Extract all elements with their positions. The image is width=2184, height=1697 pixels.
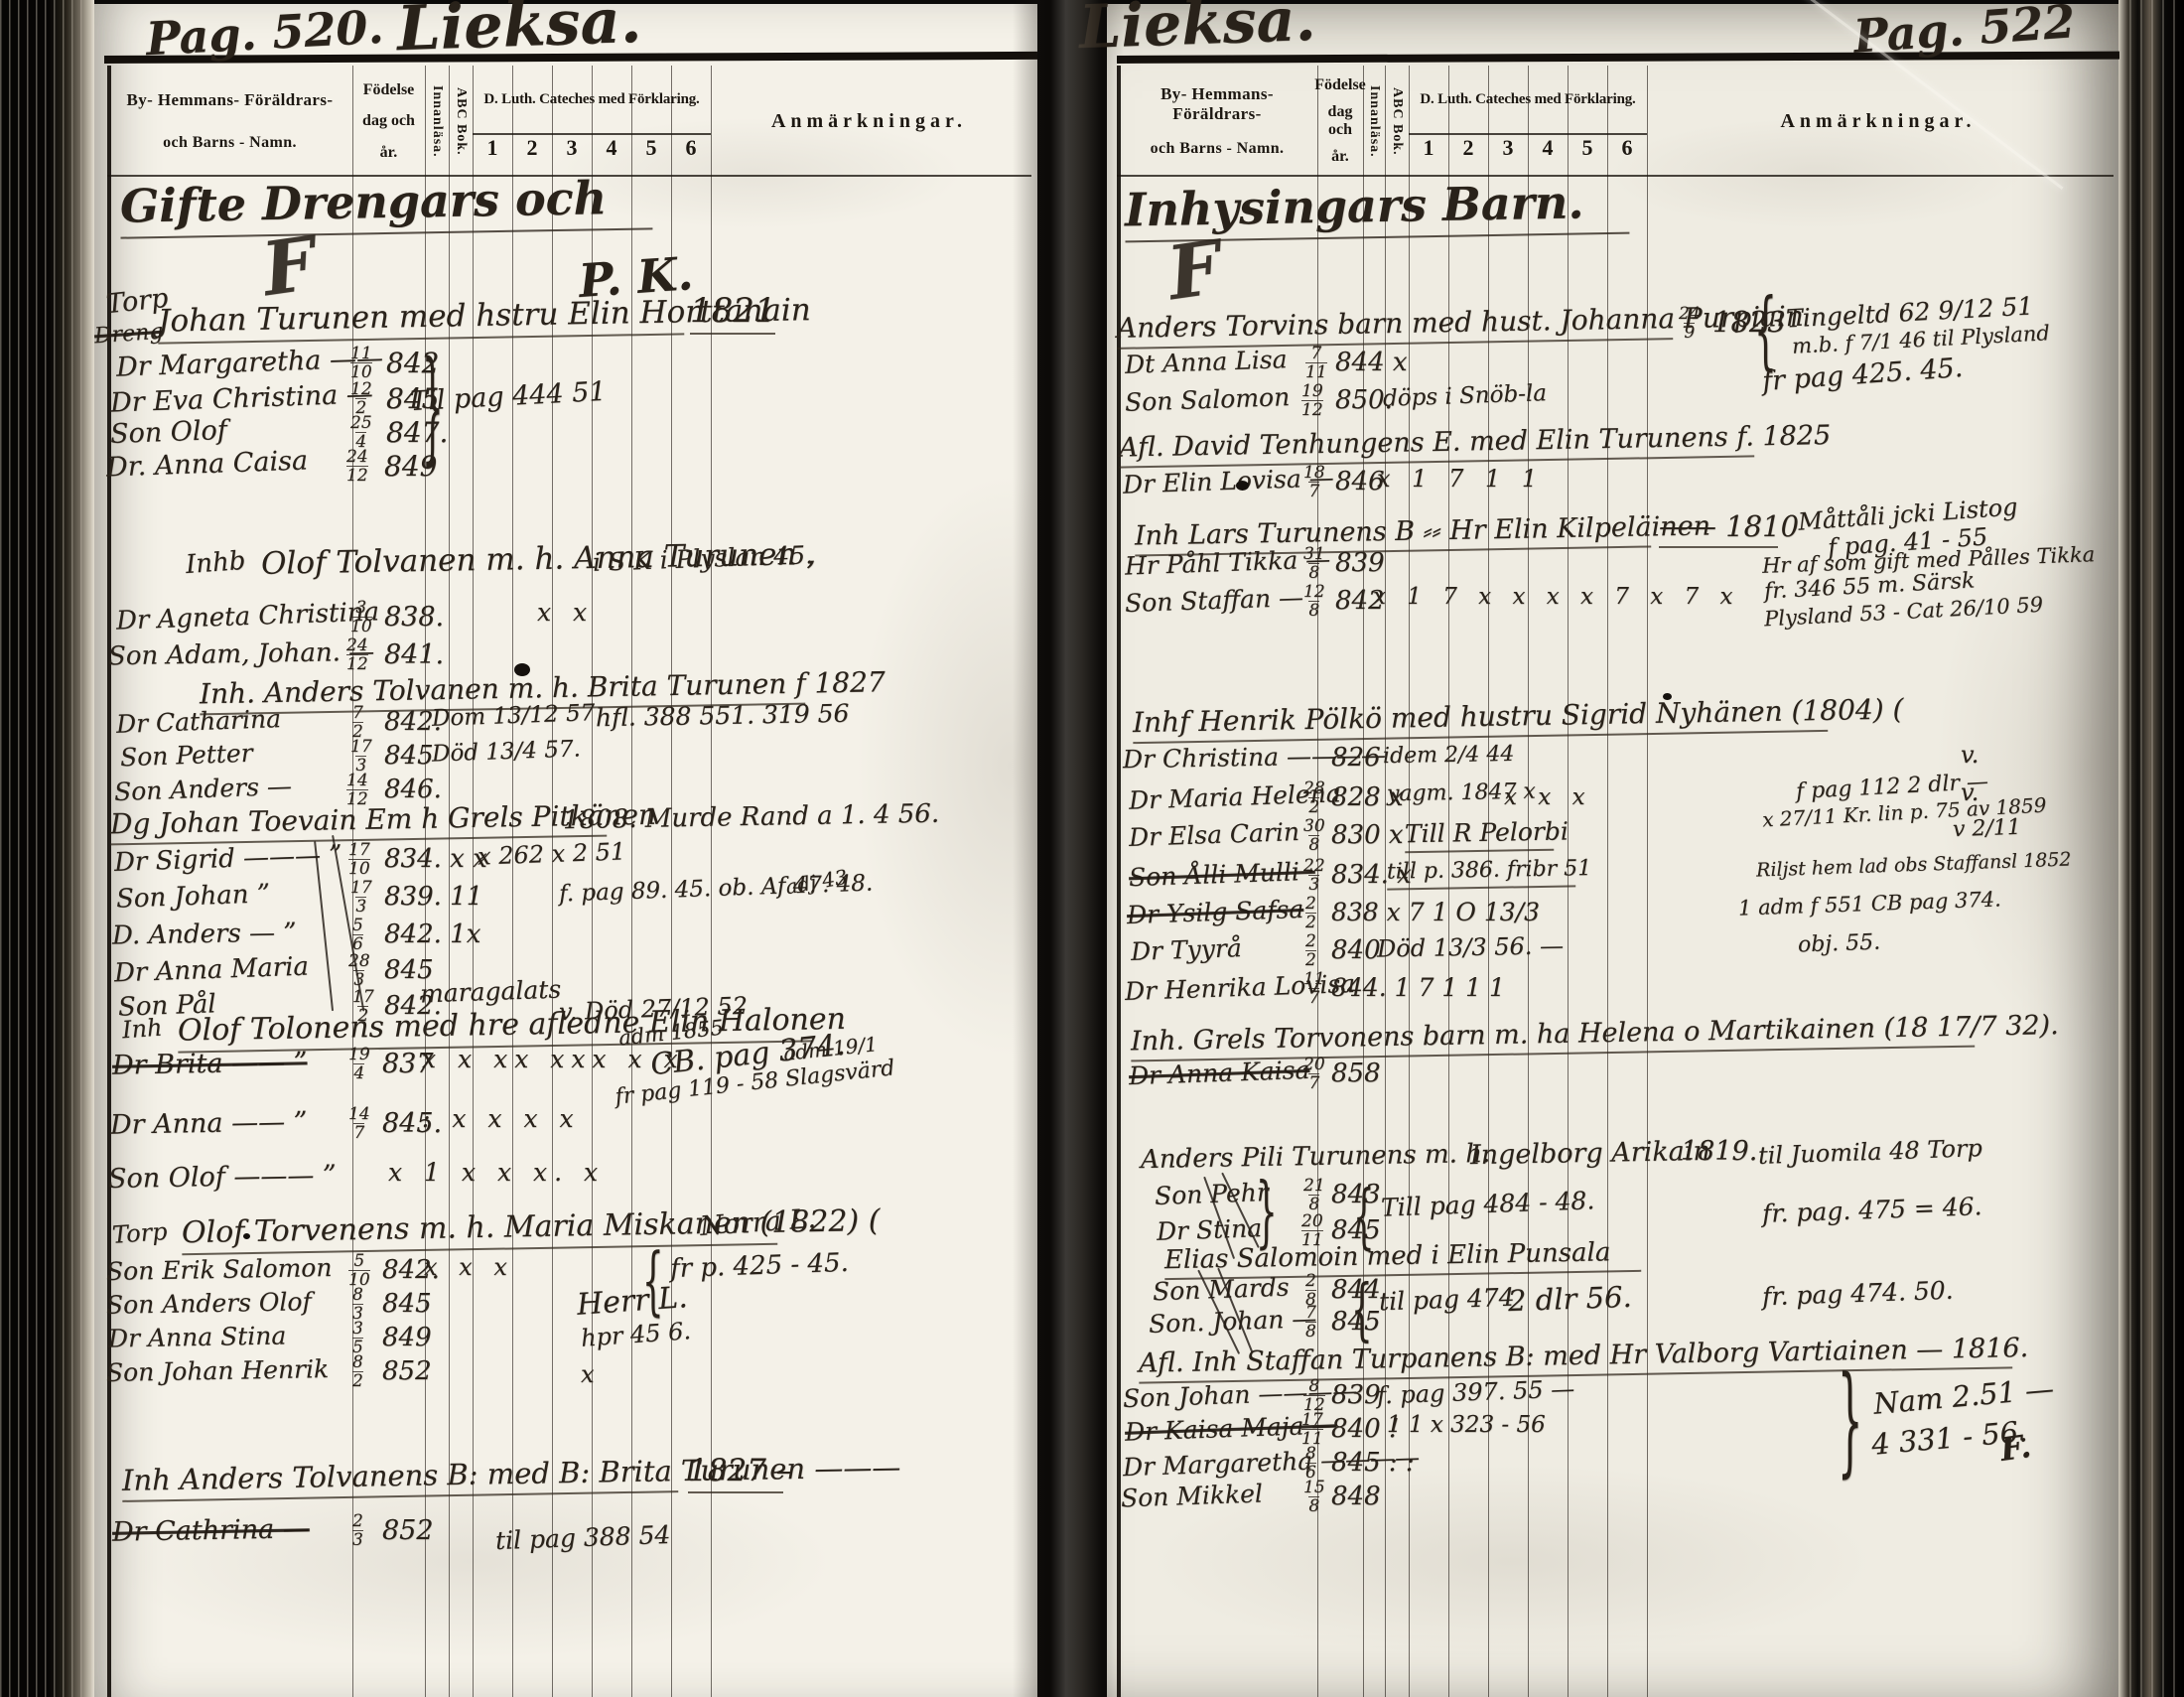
handwritten-entry: Anders Torvins barn med hust. Johanna Pu… bbox=[1117, 305, 1674, 350]
handwritten-entry: 838 x 7 1 O 13/3 bbox=[1331, 900, 1540, 924]
column-header-reading: Innanläsa. bbox=[425, 68, 449, 175]
handwritten-mark: x 1 x x x. x bbox=[388, 1160, 605, 1185]
handwritten-entry: 842. 1x bbox=[384, 921, 480, 947]
handwritten-mark: x x x bbox=[1504, 786, 1592, 809]
cateches-col-number: 1 bbox=[1409, 135, 1448, 175]
handwritten-entry: Hr Påhl Tikka — bbox=[1125, 546, 1331, 578]
handwritten-date: 173 bbox=[350, 739, 372, 775]
handwritten-entry: Afl. Inh Staffan Turpanens B: med Hr Val… bbox=[1139, 1335, 2012, 1383]
handwritten-entry: Dr Tyyrå bbox=[1131, 935, 1243, 964]
handwritten-mark: x x bbox=[537, 600, 594, 625]
handwritten-mark: x x xx xxx x x bbox=[422, 1047, 685, 1071]
handwritten-entry: 852 bbox=[382, 1358, 432, 1384]
column-header-catechism: D. Luth. Cateches med Förklaring. bbox=[1409, 68, 1647, 131]
handwritten-entry: Inh. Grels Torvonens barn m. ha Helena o… bbox=[1131, 1014, 1975, 1062]
handwritten-entry: i S K i Plyslan 45. bbox=[593, 542, 814, 575]
handwritten-date: 310 bbox=[350, 600, 372, 636]
handwritten-entry: 839 bbox=[1335, 550, 1385, 576]
handwritten-date: 147 bbox=[348, 1106, 370, 1142]
column-header-names-line1: By- Hemmans- Föräldrars- bbox=[127, 90, 334, 110]
handwritten-date: 2412 bbox=[346, 637, 368, 673]
handwritten-entry: 849 bbox=[384, 453, 437, 481]
handwritten-entry: Son. Johan — bbox=[1149, 1306, 1317, 1337]
handwritten-entry: Dr Catharina bbox=[116, 706, 282, 737]
handwritten-entry: 844 x bbox=[1335, 350, 1408, 375]
handwritten-entry: hfl. 388 551. 319 56 bbox=[596, 701, 850, 730]
handwritten-entry: Inh bbox=[121, 1016, 163, 1043]
handwritten-date: 122 bbox=[350, 381, 372, 417]
handwritten-entry: Dr. Anna Caisa bbox=[106, 447, 309, 481]
book-scan: Pag. 520. Lieksa. By- Hemmans- Föräldrar… bbox=[0, 0, 2184, 1697]
handwritten-entry: obj. 55. bbox=[1798, 932, 1881, 957]
flourish-right: F bbox=[1163, 231, 1225, 312]
handwritten-entry: 846. bbox=[384, 777, 442, 802]
handwritten-date: 218 bbox=[1303, 1178, 1325, 1213]
handwritten-entry: Nam 2.51 — bbox=[1872, 1374, 2055, 1419]
handwritten-entry: fr p. 425 - 45. bbox=[670, 1250, 850, 1282]
table-header-bottom-rule bbox=[1117, 175, 2114, 177]
cateches-col-number: 5 bbox=[631, 135, 671, 175]
handwritten-date: 82 bbox=[352, 1354, 363, 1390]
handwritten-entry: fr pag 425. 45. bbox=[1761, 354, 1964, 395]
handwritten-date: 78 bbox=[1305, 1305, 1316, 1341]
handwritten-date: 1912 bbox=[1301, 383, 1323, 419]
handwritten-date: 254 bbox=[350, 415, 372, 451]
column-header-names: By- Hemmans- Föräldrars- och Barns - Nam… bbox=[107, 68, 352, 175]
handwritten-entry: Dreng bbox=[93, 322, 164, 349]
handwritten-entry: Till R Pelorbi bbox=[1405, 819, 1555, 854]
handwritten-entry: 848 bbox=[1331, 1484, 1381, 1509]
column-header-catechism: D. Luth. Cateches med Förklaring. bbox=[473, 68, 711, 131]
column-header-birthdate: Födelse dag och år. bbox=[1317, 68, 1363, 175]
handwritten-date: 812 bbox=[1303, 1378, 1325, 1414]
handwritten-date: 23 bbox=[352, 1513, 363, 1549]
book-edge-right bbox=[2118, 0, 2184, 1697]
cateches-col-number: 2 bbox=[512, 135, 552, 175]
ink-blot bbox=[243, 1233, 250, 1239]
handwritten-entry: 849 bbox=[382, 1325, 432, 1350]
handwritten-entry: Till pag 484 - 48. bbox=[1381, 1188, 1595, 1219]
handwritten-entry: Anders Pili Turunens m. h. bbox=[1141, 1141, 1491, 1173]
ink-blot bbox=[514, 663, 530, 676]
handwritten-entry: Inhb bbox=[185, 548, 246, 578]
handwritten-entry: Son Johan Henrik bbox=[106, 1356, 330, 1385]
handwritten-entry: Son Staffan — bbox=[1125, 585, 1304, 616]
column-header-remarks: Anmärkningar. bbox=[711, 68, 1027, 175]
handwritten-entry: Dom 13/12 57 bbox=[432, 702, 596, 731]
handwritten-entry: Son Johan ” bbox=[116, 881, 271, 912]
handwritten-entry: Son Anders — bbox=[114, 774, 293, 804]
ink-blot bbox=[1236, 481, 1249, 491]
handwritten-entry: Dr Ysilg Safsa bbox=[1127, 897, 1304, 927]
handwritten-mark: x x x bbox=[424, 1255, 514, 1279]
handwritten-mark: x 1 7 1 1 bbox=[1377, 467, 1544, 491]
handwritten-date: 207 bbox=[1303, 1057, 1325, 1092]
handwritten-entry: Inh Anders Tolvanens B: med B: Brita Tur… bbox=[122, 1457, 679, 1502]
book-spine-left-edge bbox=[0, 0, 94, 1697]
handwritten-entry: Herr L. bbox=[576, 1283, 688, 1321]
column-header-abc-book: ABC Bok. bbox=[449, 68, 473, 175]
handwritten-date: 318 bbox=[1303, 546, 1325, 582]
handwritten-entry: F. bbox=[1998, 1430, 2033, 1466]
flourish-left: F bbox=[258, 227, 320, 308]
cateches-col-number: 4 bbox=[592, 135, 631, 175]
handwritten-entry: Inhf Henrik Pölkö med hustru Sigrid Nyhä… bbox=[1133, 697, 1829, 744]
handwritten-date: 711 bbox=[1305, 346, 1327, 381]
handwritten-entry: { bbox=[1351, 1277, 1373, 1344]
page-number-right: Pag. 522 bbox=[1852, 0, 2077, 60]
handwritten-entry: fr. pag. 475 = 46. bbox=[1762, 1194, 1982, 1226]
handwritten-mark: : x x x x bbox=[422, 1106, 581, 1131]
cateches-column-numbers: 123456 bbox=[1409, 135, 1647, 175]
handwritten-entry: Son Olof ——— ” bbox=[108, 1162, 337, 1193]
handwritten-entry: 845 : : bbox=[1331, 1450, 1415, 1476]
handwritten-entry: Afl. David Tenhungens E. med Elin Turune… bbox=[1119, 423, 1754, 468]
handwritten-entry: Son Salomon bbox=[1125, 384, 1291, 415]
ink-blot bbox=[1663, 693, 1672, 700]
handwritten-entry: Död 13/3 56. — bbox=[1377, 933, 1564, 960]
handwritten-date: 1711 bbox=[1301, 1412, 1323, 1448]
handwritten-date: 158 bbox=[1303, 1480, 1325, 1515]
handwritten-entry: 2 dlr 56. bbox=[1508, 1283, 1633, 1316]
handwritten-entry: Dr Sigrid ——— ” bbox=[114, 842, 342, 876]
handwritten-entry: Dr Anna Stina bbox=[108, 1323, 287, 1350]
handwritten-entry: 1 adm f 551 CB pag 374. bbox=[1738, 889, 2001, 919]
handwritten-entry: Norra L. bbox=[699, 1205, 816, 1240]
handwritten-entry: 845 bbox=[384, 743, 434, 769]
handwritten-entry: 847. bbox=[386, 419, 448, 447]
column-header-names-line2: och Barns - Namn. bbox=[163, 134, 297, 152]
handwritten-entry: Dr Anna Kaisa bbox=[1129, 1058, 1310, 1088]
handwritten-date: 22 bbox=[1305, 933, 1316, 969]
handwritten-entry: Son Anders Olof bbox=[106, 1289, 312, 1318]
handwritten-date: 194 bbox=[348, 1047, 370, 1082]
handwritten-entry: 838. bbox=[384, 604, 444, 631]
handwritten-date: 249 bbox=[1679, 306, 1701, 342]
handwritten-entry: fr. pag 474. 50. bbox=[1762, 1278, 1954, 1310]
handwritten-date: 187 bbox=[1303, 465, 1325, 500]
handwritten-date: 282 bbox=[1303, 780, 1325, 816]
handwritten-date: 35 bbox=[352, 1321, 363, 1356]
left-page: Pag. 520. Lieksa. By- Hemmans- Föräldrar… bbox=[94, 4, 1037, 1697]
handwritten-entry: 840 bbox=[1331, 937, 1381, 963]
handwritten-entry: till p. 386. fribr 51 bbox=[1387, 858, 1575, 890]
handwritten-entry: Dt Anna Lisa bbox=[1125, 347, 1288, 377]
handwritten-entry: { bbox=[1754, 290, 1777, 375]
handwritten-entry: 1 1 x 323 - 56 bbox=[1387, 1414, 1546, 1437]
handwritten-entry: —— 1810 bbox=[1659, 512, 1778, 548]
handwritten-entry: Dr Agneta Christina bbox=[116, 599, 380, 634]
handwritten-date: 510 bbox=[348, 1253, 370, 1289]
handwritten-entry: x 262 x 2 51 bbox=[478, 839, 626, 868]
handwritten-entry: Dr Anna —— ” bbox=[110, 1108, 308, 1138]
handwritten-entry: v 2/11 bbox=[1953, 817, 2022, 841]
handwritten-entry: Dr Anna Maria bbox=[114, 954, 310, 987]
section-heading-left: Gifte Drengars och bbox=[120, 174, 653, 238]
handwritten-entry: Död 13/4 57. bbox=[432, 738, 582, 766]
handwritten-entry: 844. 1 7 1 1 1 bbox=[1331, 975, 1505, 1000]
handwritten-entry: v. bbox=[1961, 743, 1979, 767]
handwritten-entry: Dr Margaretha —— bbox=[116, 345, 384, 380]
handwritten-entry: idem 2/4 44 bbox=[1383, 744, 1515, 768]
handwritten-entry: Son Ålli Mulli · bbox=[1129, 859, 1316, 891]
cateches-col-number: 1 bbox=[473, 135, 512, 175]
handwritten-entry: 845 bbox=[382, 1291, 432, 1317]
handwritten-entry: Son Petter bbox=[120, 741, 253, 771]
page-title-left: Lieksa. bbox=[396, 0, 642, 60]
handwritten-entry: D. Anders — ” bbox=[112, 919, 297, 948]
cateches-col-number: 3 bbox=[552, 135, 592, 175]
handwritten-entry: } bbox=[1838, 1362, 1862, 1482]
handwritten-entry: döps i Snöb-la bbox=[1383, 382, 1548, 411]
handwritten-date: 56 bbox=[352, 918, 363, 953]
handwritten-entry: 839. 11 bbox=[384, 884, 482, 910]
handwritten-entry: Son Erik Salomon bbox=[106, 1255, 333, 1284]
handwritten-entry: Son Mikkel bbox=[1121, 1482, 1264, 1511]
handwritten-entry: x bbox=[581, 1362, 595, 1386]
handwritten-date: 173 bbox=[350, 880, 372, 916]
handwritten-entry: Olof Torvenens m. h. Maria Miskanen (182… bbox=[182, 1208, 778, 1255]
page-number-left: Pag. 520. bbox=[145, 4, 384, 62]
handwritten-entry: til Juomila 48 Torp bbox=[1758, 1136, 1982, 1168]
cateches-col-number: 4 bbox=[1528, 135, 1568, 175]
handwritten-entry: Torp bbox=[111, 1219, 168, 1247]
handwritten-entry: 841. bbox=[384, 641, 444, 668]
column-header-birthdate: Födelse dag och år. bbox=[352, 68, 425, 175]
handwritten-date: 2412 bbox=[346, 449, 368, 485]
handwritten-entry: 852 bbox=[382, 1517, 434, 1544]
column-header-names-line2: och Barns - Namn. bbox=[1151, 140, 1285, 158]
handwritten-entry: 826 bbox=[1331, 745, 1381, 771]
cateches-col-number: 6 bbox=[1607, 135, 1647, 175]
handwritten-entry: Ingelborg Arikain bbox=[1470, 1138, 1710, 1169]
handwritten-entry: 834. x x bbox=[384, 846, 487, 872]
cateches-col-number: 3 bbox=[1488, 135, 1528, 175]
handwritten-entry: til pag 474 bbox=[1379, 1285, 1515, 1315]
cateches-column-numbers: 123456 bbox=[473, 135, 711, 175]
handwritten-entry: 1821 bbox=[690, 294, 775, 335]
handwritten-entry: Dr Cathrina — bbox=[112, 1515, 310, 1545]
table-column-line bbox=[1117, 66, 1121, 1697]
handwritten-entry: 1808. Murde Rand a 1. 4 56. bbox=[563, 801, 940, 834]
handwritten-date: 308 bbox=[1303, 818, 1325, 854]
handwritten-entry: 1819. bbox=[1681, 1138, 1757, 1165]
column-header-remarks: Anmärkningar. bbox=[1647, 68, 2110, 175]
cateches-col-number: 2 bbox=[1448, 135, 1488, 175]
handwritten-date: 117 bbox=[1303, 971, 1325, 1007]
handwritten-entry: Dr Elsa Carin bbox=[1129, 819, 1300, 850]
right-page: Pag. 522 Lieksa. By- Hemmans- Föräldrars… bbox=[1107, 4, 2119, 1697]
cateches-col-number: 5 bbox=[1568, 135, 1607, 175]
handwritten-entry: f. pag 397. 55 — bbox=[1377, 1377, 1575, 1408]
handwritten-entry: Riljst hem lad obs Staffansl 1852 bbox=[1756, 850, 2072, 880]
handwritten-entry: Son Adam, Johan. — bbox=[108, 639, 375, 670]
handwritten-entry: til pag 388 54 bbox=[495, 1522, 671, 1553]
handwritten-mark: x 1 7 x x x x 7 x 7 x bbox=[1373, 586, 1739, 609]
column-header-names: By- Hemmans- Föräldrars- och Barns - Nam… bbox=[1117, 68, 1317, 175]
column-header-abc-book: ABC Bok. bbox=[1385, 68, 1409, 175]
handwritten-entry: Dg Johan Toevain Em h Grels Pitkänen bbox=[110, 802, 608, 846]
handwritten-entry: 1827 – bbox=[688, 1456, 783, 1493]
column-header-reading: Innanläsa. bbox=[1363, 68, 1385, 175]
handwritten-date: 72 bbox=[352, 705, 363, 741]
handwritten-date: 1710 bbox=[348, 842, 370, 878]
page-title-right: Lieksa. bbox=[1078, 0, 1316, 58]
handwritten-entry: hpr 45 6. bbox=[580, 1319, 691, 1350]
handwritten-entry: Dr Eva Christina — bbox=[110, 380, 374, 416]
handwritten-entry: P. K. bbox=[578, 250, 695, 304]
handwritten-entry: 839 bbox=[1331, 1382, 1381, 1408]
handwritten-entry: Son Olof bbox=[110, 417, 228, 448]
handwritten-date: 22 bbox=[1305, 896, 1316, 931]
handwritten-date: 1110 bbox=[350, 346, 372, 381]
handwritten-entry: 830 x bbox=[1331, 822, 1404, 848]
handwritten-entry: 858 bbox=[1331, 1061, 1381, 1086]
handwritten-date: 223 bbox=[1303, 858, 1325, 894]
handwritten-date: 86 bbox=[1305, 1446, 1316, 1482]
handwritten-date: 83 bbox=[352, 1287, 363, 1323]
handwritten-date: 128 bbox=[1303, 584, 1325, 620]
cateches-col-number: 6 bbox=[671, 135, 711, 175]
column-header-names-line1: By- Hemmans- Föräldrars- bbox=[1117, 84, 1317, 124]
handwritten-entry: Dr Brita —— ” bbox=[112, 1049, 308, 1078]
